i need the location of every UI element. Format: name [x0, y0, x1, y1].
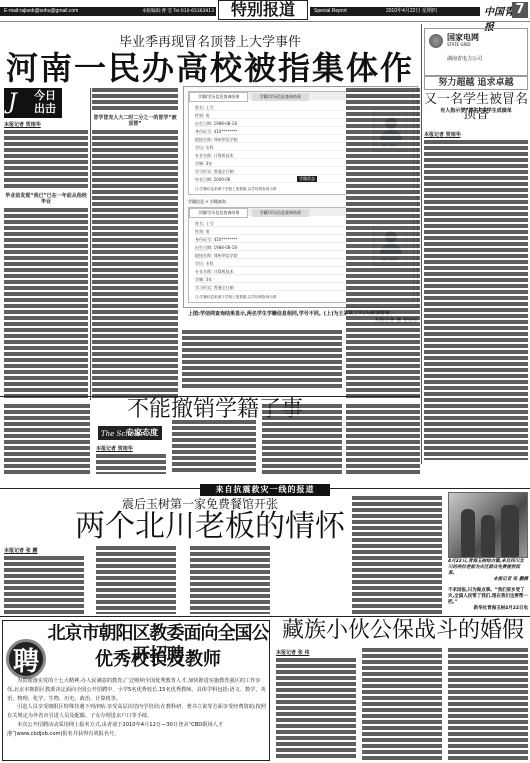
sidebar-headline: 又一名学生被冒名顶替: [424, 92, 528, 122]
story4-column-1: 本报记者 张 伟: [276, 648, 356, 760]
story2-column-3: [172, 420, 256, 474]
ad-paragraph: 本次公开招聘活动采用网上报名方式,由者请于2010年4月12日—30日登录“CB…: [7, 721, 267, 739]
story3-column-4: [352, 496, 442, 614]
ad-title-line2: 优秀校长及教师: [47, 649, 269, 671]
record-field: 院校名称: 郑州华信学院: [195, 136, 345, 143]
record-field: 专业名称: 计算机技术: [195, 152, 345, 159]
story2-column-4: [262, 404, 342, 474]
story1-byline: 本报记者 贺雨华: [4, 122, 88, 128]
issue-date: 2010年4月22日 星期四: [386, 7, 437, 16]
story3-column-1: 本报记者 张 鹏: [4, 546, 84, 614]
record-field: 出生日期: 1988-08-18: [195, 244, 345, 251]
section-english: Special Report: [314, 8, 347, 14]
ad-body: 为贯彻落实党的十七大精神,办人民满意的教育,广泛吸纳全国优秀教育人才,加快推进实…: [7, 677, 267, 739]
record-field: 姓名: 上号: [195, 220, 345, 227]
column-logo-letter: J: [8, 90, 17, 115]
expert-script: The Scholar: [101, 427, 144, 441]
column-rule: [90, 88, 91, 400]
story2-column-2: 本报记者 贺雨华: [96, 444, 166, 474]
record-field: 学历: 专科: [195, 144, 345, 151]
record-field: 学习形式: 普通全日制: [195, 284, 345, 291]
recruitment-ad: 聘 北京市朝阳区教委面向全国公开招聘 优秀校长及教师 为贯彻落实党的十七大精神,…: [2, 620, 270, 761]
masthead-right-bar: Special Report 2010年4月22日 星期四: [310, 7, 480, 16]
story4-column-2: [362, 648, 442, 760]
story3-column-2: [96, 546, 176, 614]
ad-paragraph: 引进人员享受朝阳区特殊待遇下列津贴:享受高层次培内学培训;在教科研、著书立说等方…: [7, 703, 267, 721]
record-field: 身份证号: 410********: [195, 128, 345, 135]
story1-column-3: [346, 88, 420, 400]
tab-record-1: 学籍/学历信息查询结果: [189, 92, 248, 102]
state-grid-emblem-icon: [429, 34, 443, 48]
section-title: 特别报道: [218, 0, 308, 20]
tab-record-2: 学籍/学历信息查询结果: [252, 209, 309, 217]
sidebar-byline: 本报记者 贺雨华: [424, 132, 528, 138]
story3-column-3: [190, 546, 270, 614]
person-figure: [481, 515, 495, 557]
story1-column-4: [182, 330, 342, 390]
recruit-badge: 聘: [6, 639, 46, 679]
quote-text: 不求回报,只为做点事。“我们家乡受了灾,全国人民帮了我们,现在我们也要帮一把。”: [448, 588, 528, 605]
sponsor-name-en: STATE GRID: [447, 42, 470, 47]
story4-column-3: [448, 648, 528, 760]
record-field: 毕业日期: 2009-06: [195, 176, 345, 183]
record-field: 学制: 3年: [195, 276, 345, 283]
story1-subtitle-1: 毕业前发现“我已”已在一年前从他校毕业: [4, 193, 88, 205]
page-number: 7: [512, 2, 528, 18]
sponsor-branch: 湖南省电力公司: [447, 55, 482, 62]
story2-column-1: [4, 404, 90, 474]
tab-record-2: 学籍/学历信息查询结果: [252, 93, 309, 101]
news-photo: [448, 492, 528, 558]
record-field: 学历: 专科: [195, 260, 345, 267]
story1-subtitle-2: 冒学冒充人大二时二分之一的冒学“被顶替”: [92, 115, 178, 127]
sidebar-rule: [421, 24, 422, 464]
sidebar-subheadline: 有人指示要“冒名”办学生成绩单: [424, 108, 528, 115]
sidebar-body: 本报记者 贺雨华: [424, 130, 528, 462]
column-logo: J 今日出击: [4, 88, 62, 118]
record-field: 学习形式: 普通全日制: [195, 168, 345, 175]
record-field: 身份证号: 410********: [195, 236, 345, 243]
masthead-editor: 本版编辑:曹 莹 Tel:010-65363913: [142, 7, 216, 16]
story4-byline: 本报记者 张 伟: [276, 650, 356, 656]
sponsor-slogan: 努力超越 追求卓越: [424, 76, 528, 90]
photo-caption-text: 4月22日,青海玉树结古镇,来自四川北川的两位老板为灾区群众免费提供饭菜。: [448, 559, 524, 576]
person-figure: [501, 505, 519, 557]
section-divider: [0, 616, 530, 617]
column-logo-text: 今日出击: [34, 89, 60, 115]
record-field: 出生日期: 1988-08-18: [195, 120, 345, 127]
record-field: 性别: 男: [195, 228, 345, 235]
record-field: 学制: 3年: [195, 160, 345, 167]
story3-quote: 不求回报,只为做点事。“我们家乡受了灾,全国人民帮了我们,现在我们也要帮一把。”…: [448, 588, 528, 612]
story1-column-1: 本报记者 贺雨华 毕业前发现“我已”已在一年前从他校毕业: [4, 120, 88, 400]
story1-column-2: 冒学冒充人大二时二分之一的冒学“被顶替”: [92, 88, 178, 400]
status-tag: 学籍状态: [297, 176, 317, 182]
story2-byline: 本报记者 贺雨华: [96, 446, 166, 452]
story3-byline: 本报记者 张 鹏: [4, 548, 84, 554]
ad-paragraph: 为贯彻落实党的十七大精神,办人民满意的教育,广泛吸纳全国优秀教育人才,加快推进实…: [7, 677, 267, 703]
tab-record-1: 学籍/学历信息查询结果: [189, 208, 248, 218]
sponsor-logo: 国家电网 STATE GRID 湖南省电力公司: [424, 28, 528, 76]
record-field: 性别: 男: [195, 112, 345, 119]
quote-source: 新华社青海玉树4月22日电: [448, 606, 528, 612]
record-field: 院校名称: 郑州华信学院: [195, 252, 345, 259]
photo-caption: 4月22日,青海玉树结古镇,来自四川北川的两位老板为灾区群众免费提供饭菜。 本报…: [448, 559, 528, 583]
photo-credit: 本报记者 张 鹏摄: [448, 577, 528, 583]
expert-badge: The Scholar 专家态度: [98, 426, 162, 440]
story4-headline: 藏族小伙公保战斗的婚假: [278, 618, 528, 644]
story2-column-5: [346, 404, 420, 474]
record-field: 专业名称: 计算机技术: [195, 268, 345, 275]
record-field: 姓名: 上号: [195, 104, 345, 111]
person-figure: [461, 509, 475, 557]
record-title: 学籍信息 > 学籍查询: [188, 199, 226, 205]
divider: [0, 21, 530, 22]
